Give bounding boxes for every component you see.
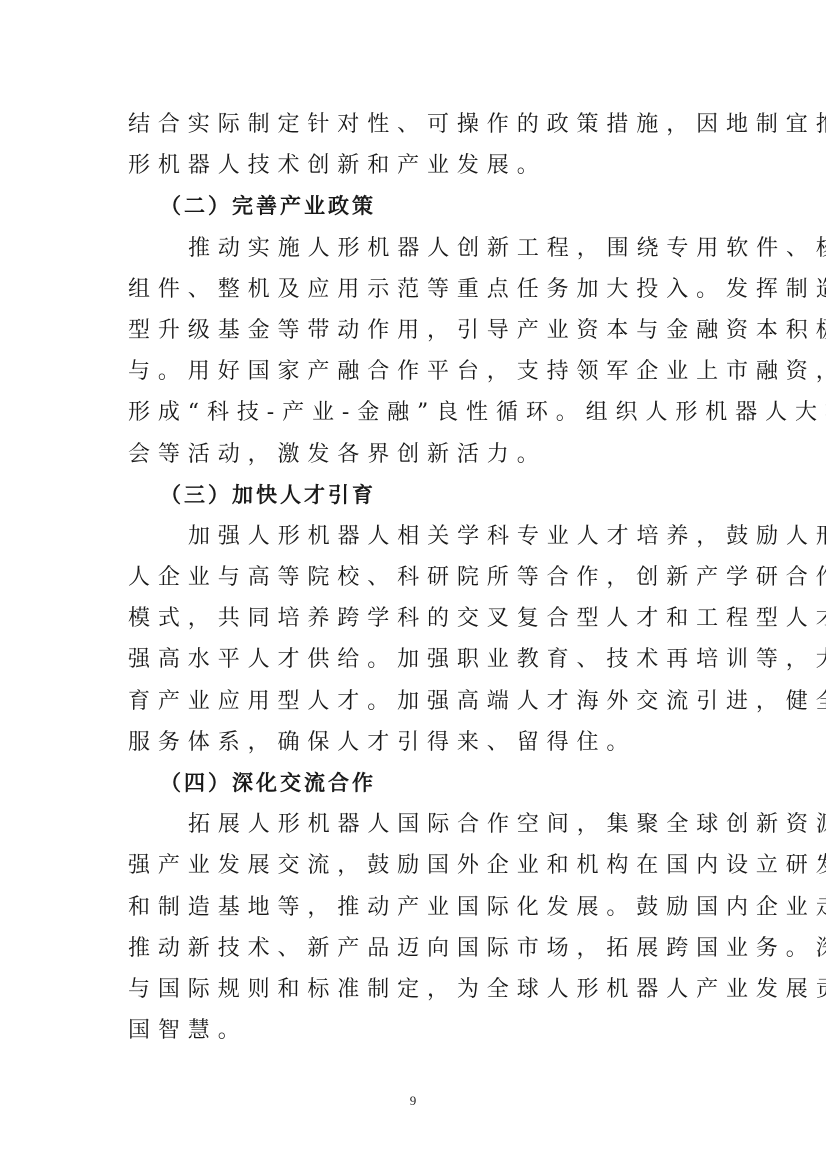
section-heading-4: （四）深化交流合作 <box>128 763 700 804</box>
paragraph-line: 人企业与高等院校、科研院所等合作，创新产学研合作培养 <box>128 557 700 598</box>
paragraph-line: 模式，共同培养跨学科的交叉复合型人才和工程型人才，增 <box>128 598 700 639</box>
paragraph-line: 育产业应用型人才。加强高端人才海外交流引进，健全人才 <box>128 681 700 722</box>
paragraph-line: 和制造基地等，推动产业国际化发展。鼓励国内企业走出去， <box>128 887 700 928</box>
paragraph-line: 推动实施人形机器人创新工程，围绕专用软件、核心部 <box>128 228 700 269</box>
paragraph-line: 结合实际制定针对性、可操作的政策措施，因地制宜推动人 <box>128 104 700 145</box>
paragraph-line: 服务体系，确保人才引得来、留得住。 <box>128 722 700 763</box>
paragraph-line: 拓展人形机器人国际合作空间，集聚全球创新资源，加 <box>128 804 700 845</box>
section-heading-3: （三）加快人才引育 <box>128 475 700 516</box>
paragraph-line: 与。用好国家产融合作平台，支持领军企业上市融资，推动 <box>128 351 700 392</box>
paragraph-line: 与国际规则和标准制定，为全球人形机器人产业发展贡献中 <box>128 969 700 1010</box>
section-heading-2: （二）完善产业政策 <box>128 186 700 227</box>
paragraph-line: 型升级基金等带动作用，引导产业资本与金融资本积极参 <box>128 310 700 351</box>
paragraph-line: 加强人形机器人相关学科专业人才培养，鼓励人形机器 <box>128 516 700 557</box>
paragraph-line: 强产业发展交流，鼓励国外企业和机构在国内设立研发中心 <box>128 845 700 886</box>
paragraph-line: 形机器人技术创新和产业发展。 <box>128 145 700 186</box>
paragraph-line: 强高水平人才供给。加强职业教育、技术再培训等，大力培 <box>128 639 700 680</box>
paragraph-line: 会等活动，激发各界创新活力。 <box>128 434 700 475</box>
document-page: 结合实际制定针对性、可操作的政策措施，因地制宜推动人 形机器人技术创新和产业发展… <box>128 104 700 1051</box>
page-number: 9 <box>0 1093 826 1109</box>
paragraph-line: 推动新技术、新产品迈向国际市场，拓展跨国业务。深度参 <box>128 928 700 969</box>
paragraph-line: 国智慧。 <box>128 1010 700 1051</box>
paragraph-line: 形成“科技-产业-金融”良性循环。组织人形机器人大赛、展 <box>128 392 700 433</box>
paragraph-line: 组件、整机及应用示范等重点任务加大投入。发挥制造业转 <box>128 269 700 310</box>
